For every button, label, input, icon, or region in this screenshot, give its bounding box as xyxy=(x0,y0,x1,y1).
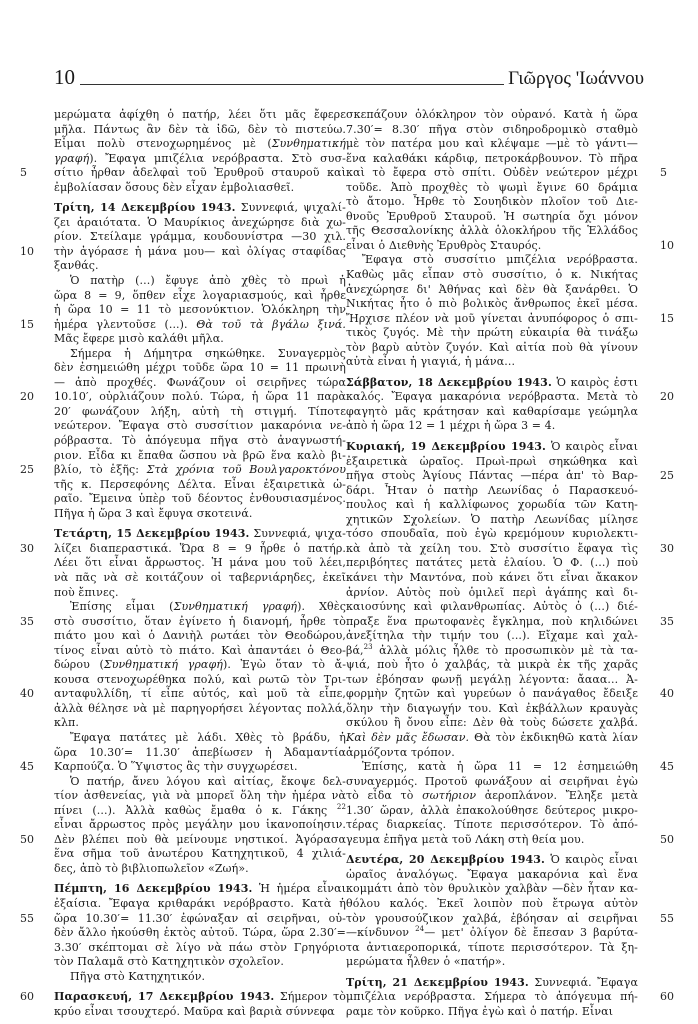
line-number: 45 xyxy=(660,760,674,775)
text-span: φαγητὸ μᾶς κράτησαν καὶ καθαρίσαμε γεώμη… xyxy=(346,405,638,418)
italic-text: γραφή xyxy=(54,152,89,165)
text-line: δάρι. Ἦταν ὁ πατὴρ Λεωνίδας ὁ Παρασκευό- xyxy=(346,484,638,499)
text-line: 10.10′, οὐρλιάζουν πολύ. Τώρα, ἡ ὥρα 11 … xyxy=(54,390,346,405)
text-span: — ἀπὸ προχθές. Φωνάζουν οἱ σειρῆνες τώρα xyxy=(54,376,346,389)
line-number: 40 xyxy=(660,687,674,702)
text-line: ἕνα σῆμα τοῦ ἀνωτέρου Κατηχητικοῦ, 4 χιλ… xyxy=(54,847,346,862)
text-line: Ἔφαγα στὸ συσσίτιο μπιζέλια νερόβραστα. xyxy=(346,253,638,268)
line-number: 25 xyxy=(660,469,674,484)
text-line: —κίνδυνον 24— μετ' ὀλίγον δὲ ἔπεσαν 3 βα… xyxy=(346,926,638,941)
text-line: 1.30′ ὥραν, ἀλλὰ ἐπακολούθησε δεύτερος μ… xyxy=(346,804,638,819)
text-line: ρόβραστα. Τὸ ἀπόγευμα πῆγα στὸ ἀναγνωστή… xyxy=(54,434,346,449)
text-span: κάνει τὴν Μαντόνα, ποὺ κάνει ὅτι εἶναι ἄ… xyxy=(346,571,638,584)
text-line: σίτιο ἦρθαν ἀδελφαὶ τοῦ Ἐρυθροῦ σταυροῦ … xyxy=(54,166,346,181)
text-span: Συννεφιά, ψιχα- xyxy=(249,527,346,540)
text-line: ἐμβολίασαν ὅσους δὲν εἶχαν ἐμβολιασθεῖ. xyxy=(54,181,346,196)
text-span: — μετ' ὀλίγον δὲ ἔπεσαν 3 βαρύτα- xyxy=(424,926,638,939)
page-number: 10 xyxy=(54,67,75,88)
text-span: Καρπούζα. Ὁ Ὕψιστος ἂς τὴν συγχωρέσει. xyxy=(54,760,298,773)
paragraph: Πέμπτη, 16 Δεκεμβρίου 1943. Ἡ ἡμέρα εἶνα… xyxy=(54,882,346,984)
text-span: Συννεφιά. Ἔφαγα xyxy=(529,976,638,989)
text-line: μῆλα. Πάντως ἂν δὲν τὰ ἰδῶ, δὲν τὸ πιστε… xyxy=(54,123,346,138)
text-span: ἀλλὰ μόλις ἦλθε τὸ προσωπικὸν μὲ τὰ τα- xyxy=(373,644,638,657)
paragraph: Δευτέρα, 20 Δεκεμβρίου 1943. Ὁ καιρὸς εἶ… xyxy=(346,853,638,969)
text-span: μερώματα ἦλθεν ὁ «πατήρ». xyxy=(346,955,505,968)
text-span: ἀπὸ ἡ ὥρα 12 = 1 μέχρι ἡ ὥρα 3 = 4. xyxy=(346,419,555,432)
text-line: τίνος εἶναι αὐτὸ τὸ πιάτο. Καὶ ἀπαντάει … xyxy=(54,644,346,659)
text-line: εἶναι ὁ Διεθνὴς Ἐρυθρὸς Σταυρός. xyxy=(346,239,638,254)
text-line: καιοσύνης καὶ φιλανθρωπίας. Αὐτὸς ὁ (...… xyxy=(346,600,638,615)
text-line: τοῦδε. Ἀπὸ προχθὲς τὸ ψωμὶ ἔγινε 60 δράμ… xyxy=(346,181,638,196)
text-span: Μᾶς ἔφερε μισὸ καλάθι μῆλα. xyxy=(54,332,224,345)
line-number: 45 xyxy=(20,760,34,775)
italic-text: σωτήριον xyxy=(422,789,476,802)
line-number: 35 xyxy=(660,615,674,630)
footnote-ref: 23 xyxy=(364,643,373,651)
text-span: Καθὼς μᾶς εἶπαν στὸ συσσίτιο, ὁ κ. Νικήτ… xyxy=(346,268,638,281)
line-number: 5 xyxy=(660,166,667,181)
header-rule xyxy=(80,84,504,85)
line-number: 55 xyxy=(660,912,674,927)
entry-date-heading: Τρίτη, 21 Δεκεμβρίου 1943. xyxy=(346,976,529,989)
entry-date-heading: Δευτέρα, 20 Δεκεμβρίου 1943. xyxy=(346,853,545,866)
text-line: μερώματα ἀφίχθη ὁ πατήρ, λέει ὅτι μᾶς ἔφ… xyxy=(54,108,346,123)
text-line: ὥρα 10.30′= 11.30′ ἐφώναξαν αἱ σειρῆναι,… xyxy=(54,912,346,927)
text-span: ψιά, ποὺ ἦτο ὁ χαλβάς, τὰ μικρὰ ἐκ τῆς χ… xyxy=(346,658,638,671)
text-span: ὡραῖος ἀναλόγως. Ἔφαγα μακαρόνια καὶ ἕνα xyxy=(346,868,638,881)
entry-date-heading: Κυριακή, 19 Δεκεμβρίου 1943. xyxy=(346,440,546,453)
text-line: — ἀπὸ προχθές. Φωνάζουν οἱ σειρῆνες τώρα xyxy=(54,376,346,391)
text-span: Σήμερα ἡ Δήμητρα σηκώθηκε. Συναγερμὸς xyxy=(70,347,346,360)
text-span: 1.30′ ὥραν, ἀλλὰ ἐπακολούθησε δεύτερος μ… xyxy=(346,804,638,817)
entry-date-heading: Σάββατον, 18 Δεκεμβρίου 1943. xyxy=(346,376,552,389)
text-span: βά, xyxy=(346,644,364,657)
text-span: ἀρνίον. Αὐτὸς ποὺ ὁμιλεῖ περὶ ἀγάπης καὶ… xyxy=(346,586,638,599)
text-line: ὡραῖος ἀναλόγως. Ἔφαγα μακαρόνια καὶ ἕνα xyxy=(346,868,638,883)
text-span: Ὁ πατὴρ (...) ἔφυγε ἀπὸ χθὲς τὸ πρωὶ ἡ xyxy=(70,274,346,287)
text-span: σκεπάζουν ὁλόκληρον τὸν οὐρανό. Κατὰ ἡ ὥ… xyxy=(346,108,638,121)
text-span: λίζει διαπεραστικά. Ὥρα 8 = 9 ἦρθε ὁ πατ… xyxy=(54,542,346,555)
text-line: ἐξαιρετικὰ ὡραῖος. Πρωὶ-πρωὶ σηκώθηκα κα… xyxy=(346,455,638,470)
text-line: μερώματα ἦλθεν ὁ «πατήρ». xyxy=(346,955,638,970)
text-span: ἀεροπλάνον. Ἔληξε μετὰ xyxy=(476,789,638,802)
text-line: Ἐπίσης, κατὰ ἡ ὥρα 11 = 12 ἐσημειώθη xyxy=(346,760,638,775)
text-line: καλός. Ἔφαγα μακαρόνια νερόβραστα. Μετὰ … xyxy=(346,390,638,405)
text-line: μπιζέλια νερόβραστα. Σήμερα τὸ ἀπόγευμα … xyxy=(346,990,638,1005)
text-span: Ἤρχισε πλέον νὰ μοῦ γίνεται ἀνυπόφορος ὁ… xyxy=(346,312,638,325)
paragraph: Παρασκευή, 17 Δεκεμβρίου 1943. Σήμερον τ… xyxy=(54,990,346,1019)
text-line: κουσα στενοχωρέθηκα πολύ, καὶ ρωτῶ τὸν Τ… xyxy=(54,673,346,688)
text-span: στὸ συσσίτιο, ὅταν ἐγίνετο ἡ διανομή, ἦρ… xyxy=(54,615,346,628)
line-number: 60 xyxy=(20,990,34,1005)
text-line: 20′ φωνάζουν λήξη, αὐτὴ τὴ στιγμή. Τίποτ… xyxy=(54,405,346,420)
line-number: 50 xyxy=(660,833,674,848)
paragraph: Σάββατον, 18 Δεκεμβρίου 1943. Ὁ καιρὸς ἐ… xyxy=(346,376,638,434)
text-line: Παρασκευή, 17 Δεκεμβρίου 1943. Σήμερον τ… xyxy=(54,990,346,1005)
text-span: μῆλα. Πάντως ἂν δὲν τὰ ἰδῶ, δὲν τὸ πιστε… xyxy=(54,123,346,136)
entry-date-heading: Τετάρτη, 15 Δεκεμβρίου 1943. xyxy=(54,527,249,540)
running-header: 10 Γιῶργος 'Ιωάννου xyxy=(54,62,644,88)
text-line: ραμε τὸν κοῦρκο. Πῆγα ἐγὼ καὶ ὁ πατήρ. Ε… xyxy=(346,1005,638,1020)
text-span: τῆς Θεσσαλονίκης ἀλλὰ ὁλοκλήρου τῆς Ἑλλά… xyxy=(346,224,638,237)
text-span: Δὲν βλέπει ποὺ θὰ μείνουμε νηστικοί. Ἀγό… xyxy=(54,833,346,846)
line-number: 5 xyxy=(20,166,27,181)
text-span: τὸν γρουσούζικον χαλβά, ἐβόησαν αἱ σειρῆ… xyxy=(346,912,638,925)
text-span: ξανθάς. xyxy=(54,259,99,272)
text-line: ἡμέρα γλεντοῦσε (...). Θὰ τοῦ τὰ βγάλω ξ… xyxy=(54,318,346,333)
text-span: εἶναι ὁ Διεθνὴς Ἐρυθρὸς Σταυρός. xyxy=(346,239,541,252)
entry-date-heading: Τρίτη, 14 Δεκεμβρίου 1943. xyxy=(54,201,236,214)
text-line: Εἶμαι πολὺ στενοχωρημένος μὲ (Συνθηματικ… xyxy=(54,137,346,152)
text-span: Ἐπίσης, κατὰ ἡ ὥρα 11 = 12 ἐσημειώθη xyxy=(362,760,638,773)
text-span: ραῖο. Ἔμεινα ὑπὲρ τοῦ δέοντος ἐνθουσιασμ… xyxy=(54,492,346,505)
text-span: μερώματα ἀφίχθη ὁ πατήρ, λέει ὅτι μᾶς ἔφ… xyxy=(54,108,346,121)
text-span: δάρι. Ἦταν ὁ πατὴρ Λεωνίδας ὁ Παρασκευό- xyxy=(346,484,638,497)
text-span: τῆς κ. Περσεφόνης Δέλτα. Εἶναι ἐξαιρετικ… xyxy=(54,478,346,491)
text-line: ἐξαίσια. Ἔφαγα κριθαράκι νερόβραστο. Κατ… xyxy=(54,897,346,912)
text-span: Σήμερον τὸ xyxy=(274,990,346,1003)
line-number: 15 xyxy=(20,318,34,333)
text-span: Ὁ πατήρ, ἄνευ λόγου καὶ αἰτίας, ἔκοψε δε… xyxy=(70,775,346,788)
text-line: τὸν γρουσούζικον χαλβά, ἐβόησαν αἱ σειρῆ… xyxy=(346,912,638,927)
line-number: 30 xyxy=(20,542,34,557)
text-span: —κίνδυνον xyxy=(346,926,415,939)
text-span: Πῆγα ἡ ὥρα 3 καὶ ἔφυγα σκοτεινά. xyxy=(54,507,252,520)
line-number: 20 xyxy=(20,390,34,405)
text-span: καλός. Ἔφαγα μακαρόνια νερόβραστα. Μετὰ … xyxy=(346,390,638,403)
text-line: βά,23 ἀλλὰ μόλις ἦλθε τὸ προσωπικὸν μὲ τ… xyxy=(346,644,638,659)
text-span: Εἶμαι πολὺ στενοχωρημένος μὲ ( xyxy=(54,137,272,150)
text-span: νεώτερον. Ἔφαγα στὸ συσσίτιον μακαρόνια … xyxy=(54,419,346,432)
text-span: τόσο σπουδαῖα, ποὺ ἐγὼ κρεμόμουν κυριολε… xyxy=(346,527,638,540)
text-span: πουλος καὶ ἡ καλλίφωνος χορωδία τῶν Κατη… xyxy=(346,498,638,511)
text-span: τὴν ἀγόρασε ἡ μάνα μου— καὶ ὀλίγας σταφί… xyxy=(54,245,346,258)
paragraph: Τρίτη, 14 Δεκεμβρίου 1943. Συννεφιά, ψιχ… xyxy=(54,201,346,521)
text-line: θόλου καλός. Ἐκεῖ λοιπὸν ποὺ ἔτρωγα αὐτὸ… xyxy=(346,897,638,912)
text-line: τα ἀντιαεροπορικά, τίποτε περισσότερον. … xyxy=(346,941,638,956)
text-span: δὲν ἄλλο ἠκούσθη ἐκτὸς αὐτοῦ. Τώρα, ὥρα … xyxy=(54,926,346,939)
text-span: ἀλλὰ θέλησε νὰ μὲ παρηγορήσει λέγοντας π… xyxy=(54,702,346,715)
text-line: ζει ἀραιότατα. Ὁ Μαυρίκιος ἀνεχώρησε διὰ… xyxy=(54,216,346,231)
text-line: Ἤρχισε πλέον νὰ μοῦ γίνεται ἀνυπόφορος ὁ… xyxy=(346,312,638,327)
text-line: τίον ἀσθενείας, γιὰ νὰ μπορεῖ ὅλη τὴν ἡμ… xyxy=(54,789,346,804)
text-line: ἕνα καλαθάκι κάρδιφ, πετροκάρβουνον. Τὸ … xyxy=(346,152,638,167)
paragraph: Κυριακή, 19 Δεκεμβρίου 1943. Ὁ καιρὸς εἶ… xyxy=(346,440,638,847)
text-span: καὶ τὸ ἔφερα στὸ σπίτι. Οὐδὲν νεώτερον μ… xyxy=(346,166,638,179)
text-span: νὰ πᾶς νὰ σὲ κοιτάζουν οἱ ταβερνιάρηδες,… xyxy=(54,571,346,584)
text-span: 7.30′= 8.30′ πῆγα στὸν σιδηροδρομικὸ στα… xyxy=(346,123,638,136)
text-span: Ἔφαγα πατάτες μὲ λάδι. Χθὲς τὸ βράδυ, ἡ xyxy=(70,731,346,744)
text-line: των ἐβόησαν φωνῇ μεγάλῃ λέγοντα: ἄααα...… xyxy=(346,673,638,688)
text-line: μὲ τὸν πατέρα μου καὶ κλέψαμε —μὲ τὸ γάν… xyxy=(346,137,638,152)
line-number: 15 xyxy=(660,312,674,327)
italic-text: Θὰ τοῦ τὰ βγάλω ξινά. xyxy=(196,318,346,331)
text-span: σίτιο ἦρθαν ἀδελφαὶ τοῦ Ἐρυθροῦ σταυροῦ … xyxy=(54,166,346,179)
text-span: ὥρα 8 = 9, ὅπθεν εἶχε λογαριασμούς, καὶ … xyxy=(54,289,346,302)
text-line: τὸν Παλαμᾶ στὸ Κατηχητικὸν σχολεῖον. xyxy=(54,955,346,970)
line-number: 60 xyxy=(660,990,674,1005)
text-span: ραμε τὸν κοῦρκο. Πῆγα ἐγὼ καὶ ὁ πατήρ. Ε… xyxy=(346,1005,613,1018)
text-span: πίνει (...). Ἀλλὰ καθὼς ἔμαθα ὁ κ. Γάκης xyxy=(54,804,337,817)
text-span: τίον ἀσθενείας, γιὰ νὰ μπορεῖ ὅλη τὴν ἡμ… xyxy=(54,789,346,802)
text-line: κάνει τὴν Μαντόνα, ποὺ κάνει ὅτι εἶναι ἄ… xyxy=(346,571,638,586)
text-line: γευμα ἐπῆγα μετὰ τοῦ Λάκη στὴ θεία μου. xyxy=(346,833,638,848)
text-line: ρίον. Στείλαμε γράμμα, κουδουνίστρα —30 … xyxy=(54,230,346,245)
text-span: Θὰ τὸν ἐκδικηθῶ κατὰ λίαν xyxy=(469,731,638,744)
line-number: 25 xyxy=(20,463,34,478)
text-line: κομμάτι ἀπὸ τὸν θρυλικὸν χαλβὰν —δὲν ἦτα… xyxy=(346,882,638,897)
footnote-ref: 22 xyxy=(337,803,346,811)
text-span: πῆγα στοὺς Ἁγίους Πάντας —πέρα ἀπ' τὸ Βα… xyxy=(346,469,638,482)
text-line: τῆς κ. Περσεφόνης Δέλτα. Εἶναι ἐξαιρετικ… xyxy=(54,478,346,493)
text-line: πῆγα στοὺς Ἁγίους Πάντας —πέρα ἀπ' τὸ Βα… xyxy=(346,469,638,484)
text-line: ἁρμόζοντα τρόπον. xyxy=(346,746,638,761)
text-line: Καθὼς μᾶς εἶπαν στὸ συσσίτιο, ὁ κ. Νικήτ… xyxy=(346,268,638,283)
text-span: ἡμέρα γλεντοῦσε (...). xyxy=(54,318,196,331)
text-line: τὴν ἀγόρασε ἡ μάνα μου— καὶ ὀλίγας σταφί… xyxy=(54,245,346,260)
text-span: βλίο, τὸ ἑξῆς: xyxy=(54,463,147,476)
text-line: ραῖο. Ἔμεινα ὑπὲρ τοῦ δέοντος ἐνθουσιασμ… xyxy=(54,492,346,507)
text-span: μὲ τὸν πατέρα μου καὶ κλέψαμε —μὲ τὸ γάν… xyxy=(346,137,638,150)
text-line: 7.30′= 8.30′ πῆγα στὸν σιδηροδρομικὸ στα… xyxy=(346,123,638,138)
text-line: ὥρα 10.30′= 11.30′ ἀπεβίωσεν ἡ Ἀδαμαντία xyxy=(54,746,346,761)
text-line: Ἐπίσης εἶμαι (Συνθηματική γραφή). Χθὲς xyxy=(54,600,346,615)
line-number: 10 xyxy=(20,245,34,260)
text-span: αὐτὰ εἶναι ἡ γιαγιά, ἡ μάνα... xyxy=(346,355,515,368)
line-number: 20 xyxy=(660,390,674,405)
text-span: ἡ ὥρα 10 = 11 τὸ μεσονύκτιον. Ὁλόκληρη τ… xyxy=(54,303,346,316)
text-span: ὅλην τὴν διαγωγήν του. Καὶ ἐκβάλλων κραυ… xyxy=(346,702,638,715)
text-line: Τρίτη, 14 Δεκεμβρίου 1943. Συννεφιά, ψιχ… xyxy=(54,201,346,216)
text-line: εἶναι ἄρρωστος πρὸς μεγάλην μου ἱκανοποί… xyxy=(54,818,346,833)
text-line: βλίο, τὸ ἑξῆς: Στὰ χρόνια τοῦ Βουλγαροκτ… xyxy=(54,463,346,478)
text-line: Ὁ πατήρ, ἄνευ λόγου καὶ αἰτίας, ἔκοψε δε… xyxy=(54,775,346,790)
text-span: τὸν βαρὺ αὐτὸν ζυγόν. Καὶ αἰτία ποὺ θὰ γ… xyxy=(346,341,638,354)
text-span: Πῆγα στὸ Κατηχητικόν. xyxy=(70,970,205,983)
text-span: ὥρα 10.30′= 11.30′ ἐφώναξαν αἱ σειρῆναι,… xyxy=(54,912,346,925)
text-line: δὲν ἄλλο ἠκούσθη ἐκτὸς αὐτοῦ. Τώρα, ὥρα … xyxy=(54,926,346,941)
text-line: ἡ ὥρα 10 = 11 τὸ μεσονύκτιον. Ὁλόκληρη τ… xyxy=(54,303,346,318)
text-span: ριον. Εἶδα κι ἔπαθα ὥσπου νὰ βρῶ ἕνα καλ… xyxy=(54,449,346,462)
text-span: πραξε ἕνα πρωτοφανὲς ἔγκλημα, ποὺ κηλιδώ… xyxy=(346,615,638,628)
text-span: τὸν Παλαμᾶ στὸ Κατηχητικὸν σχολεῖον. xyxy=(54,955,284,968)
text-span: Ἐπίσης εἶμαι ( xyxy=(70,600,174,613)
text-span: δώρου ( xyxy=(54,658,104,671)
text-span: θνοῦς Ἐρυθροῦ Σταυροῦ. Ἡ σωτηρία ὄχι μόν… xyxy=(346,210,638,223)
text-line: δώρου (Συνθηματική γραφή). Ἐγὼ ὅταν τὸ ἄ… xyxy=(54,658,346,673)
text-span: περιβόητες πατάτες μετὰ ἐλαίου. Ὁ Φ. (..… xyxy=(346,556,638,569)
text-line: Δὲν βλέπει ποὺ θὰ μείνουμε νηστικοί. Ἀγό… xyxy=(54,833,346,848)
text-span: 10.10′, οὐρλιάζουν πολύ. Τώρα, ἡ ὥρα 11 … xyxy=(54,390,346,403)
text-line: πιάτο μου καὶ ὁ Δανιὴλ ρωτάει τὸν Θεοδώρ… xyxy=(54,629,346,644)
text-span: των ἐβόησαν φωνῇ μεγάλῃ λέγοντα: ἄααα...… xyxy=(346,673,638,686)
line-number: 35 xyxy=(20,615,34,630)
text-span: ανταφυλλίδη, τί εἶπε αὐτός, καὶ μοῦ τὰ ε… xyxy=(54,687,346,700)
text-span: κὰ ἀπὸ τὰ χείλη του. Στὸ συσσίτιο ἔφαγα … xyxy=(346,542,638,555)
text-line: γραφή). Ἔφαγα μπιζέλια νερόβραστα. Στὸ σ… xyxy=(54,152,346,167)
text-line: Δευτέρα, 20 Δεκεμβρίου 1943. Ὁ καιρὸς εἶ… xyxy=(346,853,638,868)
text-span: τίνος εἶναι αὐτὸ τὸ πιάτο. Καὶ ἀπαντάει … xyxy=(54,644,346,657)
text-span: πιάτο μου καὶ ὁ Δανιὴλ ρωτάει τὸν Θεοδώρ… xyxy=(54,629,346,642)
line-number: 40 xyxy=(20,687,34,702)
text-line: Καὶ δὲν μᾶς ἔδωσαν. Θὰ τὸν ἐκδικηθῶ κατὰ… xyxy=(346,731,638,746)
text-line: κὰ ἀπὸ τὰ χείλη του. Στὸ συσσίτιο ἔφαγα … xyxy=(346,542,638,557)
text-span: Λέει ὅτι εἶναι ἄρρωστος. Ἡ μάνα μου τοῦ … xyxy=(54,556,346,569)
text-line: φορμὴν ζητῶν καὶ γυρεύων ὁ πανάγαθος ἔδε… xyxy=(346,687,638,702)
text-span: Ἡ ἡμέρα εἶναι xyxy=(252,882,346,895)
text-span: μπιζέλια νερόβραστα. Σήμερα τὸ ἀπόγευμα … xyxy=(346,990,638,1003)
text-line: τικὸς ζυγός. Μὲ τὴν πρώτη εὐκαιρία θὰ τι… xyxy=(346,326,638,341)
text-line: νεώτερον. Ἔφαγα στὸ συσσίτιον μακαρόνια … xyxy=(54,419,346,434)
text-line: Κυριακή, 19 Δεκεμβρίου 1943. Ὁ καιρὸς εἶ… xyxy=(346,440,638,455)
text-span: ἀνεξίτηλα τὴν τιμήν του (...). Εἴχαμε κα… xyxy=(346,629,638,642)
text-line: τῆς Θεσσαλονίκης ἀλλὰ ὁλοκλήρου τῆς Ἑλλά… xyxy=(346,224,638,239)
text-line: ὅλην τὴν διαγωγήν του. Καὶ ἐκβάλλων κραυ… xyxy=(346,702,638,717)
text-span: συναγερμός. Προτοῦ φωνάξουν αἱ σειρῆναι … xyxy=(346,775,638,788)
text-line: Καρπούζα. Ὁ Ὕψιστος ἂς τὴν συγχωρέσει. xyxy=(54,760,346,775)
text-line: ψιά, ποὺ ἦτο ὁ χαλβάς, τὰ μικρὰ ἐκ τῆς χ… xyxy=(346,658,638,673)
left-column: μερώματα ἀφίχθη ὁ πατήρ, λέει ὅτι μᾶς ἔφ… xyxy=(54,108,346,1019)
text-line: καὶ τὸ ἔφερα στὸ σπίτι. Οὐδὲν νεώτερον μ… xyxy=(346,166,638,181)
text-line: πουλος καὶ ἡ καλλίφωνος χορωδία τῶν Κατη… xyxy=(346,498,638,513)
text-line: ὥρα 8 = 9, ὅπθεν εἶχε λογαριασμούς, καὶ … xyxy=(54,289,346,304)
text-line: τὸ εἶδα τὸ σωτήριον ἀεροπλάνον. Ἔληξε με… xyxy=(346,789,638,804)
text-line: ἀπὸ ἡ ὥρα 12 = 1 μέχρι ἡ ὥρα 3 = 4. xyxy=(346,419,638,434)
text-line: στὸ συσσίτιο, ὅταν ἐγίνετο ἡ διανομή, ἦρ… xyxy=(54,615,346,630)
entry-date-heading: Πέμπτη, 16 Δεκεμβρίου 1943. xyxy=(54,882,252,895)
text-span: ποὺ ἔπινες. xyxy=(54,586,119,599)
text-span: Νικήτας ἦτο ὁ πιὸ βολικὸς ἄνθρωπος ἐκεῖ … xyxy=(346,297,638,310)
text-span: φορμὴν ζητῶν καὶ γυρεύων ὁ πανάγαθος ἔδε… xyxy=(346,687,638,700)
text-span: Ἔφαγα στὸ συσσίτιο μπιζέλια νερόβραστα. xyxy=(362,253,638,266)
text-line: σκεπάζουν ὁλόκληρον τὸν οὐρανό. Κατὰ ἡ ὥ… xyxy=(346,108,638,123)
text-span: ). Ἔφαγα μπιζέλια νερόβραστα. Στὸ συσ- xyxy=(89,152,346,165)
text-span: 20′ φωνάζουν λήξη, αὐτὴ τὴ στιγμή. Τίποτ… xyxy=(54,405,346,418)
text-span: τὸ εἶδα τὸ xyxy=(346,789,422,802)
text-span: τα ἀντιαεροπορικά, τίποτε περισσότερον. … xyxy=(346,941,638,954)
text-span: ὥρα 10.30′= 11.30′ ἀπεβίωσεν ἡ Ἀδαμαντία xyxy=(54,746,346,759)
italic-text: Συνθηματική γραφή xyxy=(104,658,223,671)
text-line: δες, ἀπὸ τὸ βιβλιοπωλεῖον «Ζωή». xyxy=(54,862,346,877)
text-span: τικὸς ζυγός. Μὲ τὴν πρώτη εὐκαιρία θὰ τι… xyxy=(346,326,638,339)
text-span: ἐμβολίασαν ὅσους δὲν εἶχαν ἐμβολιασθεῖ. xyxy=(54,181,294,194)
text-span: ). Ἐγὼ ὅταν τὸ ἄ- xyxy=(223,658,346,671)
text-span: δες, ἀπὸ τὸ βιβλιοπωλεῖον «Ζωή». xyxy=(54,862,249,875)
text-span: ρίον. Στείλαμε γράμμα, κουδουνίστρα —30 … xyxy=(54,230,346,243)
text-span: τὸ ἄτομο. Ἦρθε τὸ Σουηδικὸν πλοῖον τοῦ Δ… xyxy=(346,195,638,208)
text-line: Πῆγα στὸ Κατηχητικόν. xyxy=(54,970,346,985)
text-span: Ὁ καιρὸς ἐστι xyxy=(552,376,638,389)
text-line: περιβόητες πατάτες μετὰ ἐλαίου. Ὁ Φ. (..… xyxy=(346,556,638,571)
text-line: σκύλου ἢ ὄνου εἶπε: Δὲν θὰ τοὺς δώσετε χ… xyxy=(346,716,638,731)
text-line: Πέμπτη, 16 Δεκεμβρίου 1943. Ἡ ἡμέρα εἶνα… xyxy=(54,882,346,897)
italic-text: Συνθηματική xyxy=(272,137,346,150)
text-span: γευμα ἐπῆγα μετὰ τοῦ Λάκη στὴ θεία μου. xyxy=(346,833,584,846)
text-line: ανταφυλλίδη, τί εἶπε αὐτός, καὶ μοῦ τὰ ε… xyxy=(54,687,346,702)
text-line: φαγητὸ μᾶς κράτησαν καὶ καθαρίσαμε γεώμη… xyxy=(346,405,638,420)
text-span: σκύλου ἢ ὄνου εἶπε: Δὲν θὰ τοὺς δώσετε χ… xyxy=(346,716,638,729)
text-line: Μᾶς ἔφερε μισὸ καλάθι μῆλα. xyxy=(54,332,346,347)
text-line: Ἔφαγα πατάτες μὲ λάδι. Χθὲς τὸ βράδυ, ἡ xyxy=(54,731,346,746)
text-line: Σάββατον, 18 Δεκεμβρίου 1943. Ὁ καιρὸς ἐ… xyxy=(346,376,638,391)
text-line: συναγερμός. Προτοῦ φωνάξουν αἱ σειρῆναι … xyxy=(346,775,638,790)
paragraph: σκεπάζουν ὁλόκληρον τὸν οὐρανό. Κατὰ ἡ ὥ… xyxy=(346,108,638,370)
line-number: 10 xyxy=(660,239,674,254)
text-line: τόσο σπουδαῖα, ποὺ ἐγὼ κρεμόμουν κυριολε… xyxy=(346,527,638,542)
text-line: λίζει διαπεραστικά. Ὥρα 8 = 9 ἦρθε ὁ πατ… xyxy=(54,542,346,557)
line-number: 55 xyxy=(20,912,34,927)
footnote-ref: 24 xyxy=(415,925,424,933)
text-line: πραξε ἕνα πρωτοφανὲς ἔγκλημα, ποὺ κηλιδώ… xyxy=(346,615,638,630)
text-line: ποὺ ἔπινες. xyxy=(54,586,346,601)
text-span: ἕνα σῆμα τοῦ ἀνωτέρου Κατηχητικοῦ, 4 χιλ… xyxy=(54,847,346,860)
right-column: σκεπάζουν ὁλόκληρον τὸν οὐρανό. Κατὰ ἡ ὥ… xyxy=(346,108,638,1019)
italic-text: Συνθηματική γραφή xyxy=(174,600,298,613)
text-line: ξανθάς. xyxy=(54,259,346,274)
text-span: χητικῶν Σχολείων. Ὁ πατὴρ Λεωνίδας μίλησ… xyxy=(346,513,638,526)
text-line: νὰ πᾶς νὰ σὲ κοιτάζουν οἱ ταβερνιάρηδες,… xyxy=(54,571,346,586)
text-line: δὲν ἐσημειώθη μέχρι τοῦδε ὥρα 10 = 11 πρ… xyxy=(54,361,346,376)
text-span: καιοσύνης καὶ φιλανθρωπίας. Αὐτὸς ὁ (...… xyxy=(346,600,638,613)
text-span: Ὁ καιρὸς εἶναι xyxy=(545,853,638,866)
paragraph: Τρίτη, 21 Δεκεμβρίου 1943. Συννεφιά. Ἔφα… xyxy=(346,976,638,1020)
text-span: ἀνεχώρησε δι' Ἀθήνας καὶ δὲν θὰ ξανάρθει… xyxy=(346,283,638,296)
text-span: τοῦδε. Ἀπὸ προχθὲς τὸ ψωμὶ ἔγινε 60 δράμ… xyxy=(346,181,638,194)
italic-text: Καὶ δὲν μᾶς ἔδωσαν. xyxy=(346,731,469,744)
running-title-author: Γιῶργος 'Ιωάννου xyxy=(508,69,644,88)
text-line: θνοῦς Ἐρυθροῦ Σταυροῦ. Ἡ σωτηρία ὄχι μόν… xyxy=(346,210,638,225)
text-line: Λέει ὅτι εἶναι ἄρρωστος. Ἡ μάνα μου τοῦ … xyxy=(54,556,346,571)
text-line: Πῆγα ἡ ὥρα 3 καὶ ἔφυγα σκοτεινά. xyxy=(54,507,346,522)
paragraph: Τετάρτη, 15 Δεκεμβρίου 1943. Συννεφιά, ψ… xyxy=(54,527,346,876)
text-span: κλπ. xyxy=(54,716,79,729)
text-line: αὐτὰ εἶναι ἡ γιαγιά, ἡ μάνα... xyxy=(346,355,638,370)
text-span: ἕνα καλαθάκι κάρδιφ, πετροκάρβουνον. Τὸ … xyxy=(346,152,638,165)
text-line: Σήμερα ἡ Δήμητρα σηκώθηκε. Συναγερμὸς xyxy=(54,347,346,362)
text-line: ἀρνίον. Αὐτὸς ποὺ ὁμιλεῖ περὶ ἀγάπης καὶ… xyxy=(346,586,638,601)
text-line: 3.30′ σκέπτομαι σὲ λίγο νὰ πάω στὸν Γρηγ… xyxy=(54,941,346,956)
text-line: χητικῶν Σχολείων. Ὁ πατὴρ Λεωνίδας μίλησ… xyxy=(346,513,638,528)
text-span: δὲν ἐσημειώθη μέχρι τοῦδε ὥρα 10 = 11 πρ… xyxy=(54,361,346,374)
paragraph: μερώματα ἀφίχθη ὁ πατήρ, λέει ὅτι μᾶς ἔφ… xyxy=(54,108,346,195)
text-span: κουσα στενοχωρέθηκα πολύ, καὶ ρωτῶ τὸν Τ… xyxy=(54,673,346,686)
text-line: κρύο εἶναι τσουχτερό. Μαῦρα καὶ βαριὰ σύ… xyxy=(54,1005,346,1020)
text-line: ἀνεξίτηλα τὴν τιμήν του (...). Εἴχαμε κα… xyxy=(346,629,638,644)
text-span: 3.30′ σκέπτομαι σὲ λίγο νὰ πάω στὸν Γρηγ… xyxy=(54,941,346,954)
text-line: τὸν βαρὺ αὐτὸν ζυγόν. Καὶ αἰτία ποὺ θὰ γ… xyxy=(346,341,638,356)
italic-text: Στὰ χρόνια τοῦ Βουλγαροκτόνου xyxy=(147,463,346,476)
text-span: Συννεφιά, ψιχαλί- xyxy=(236,201,346,214)
text-line: τὸ ἄτομο. Ἦρθε τὸ Σουηδικὸν πλοῖον τοῦ Δ… xyxy=(346,195,638,210)
text-span: ἐξαιρετικὰ ὡραῖος. Πρωὶ-πρωὶ σηκώθηκα κα… xyxy=(346,455,638,468)
text-span: θόλου καλός. Ἐκεῖ λοιπὸν ποὺ ἔτρωγα αὐτὸ… xyxy=(346,897,638,910)
text-line: ἀλλὰ θέλησε νὰ μὲ παρηγορήσει λέγοντας π… xyxy=(54,702,346,717)
text-line: τέρας διαρκείας. Τίποτε περισσότερον. Τὸ… xyxy=(346,818,638,833)
text-span: Ὁ καιρὸς εἶναι xyxy=(546,440,638,453)
text-span: ἁρμόζοντα τρόπον. xyxy=(346,746,455,759)
text-line: κλπ. xyxy=(54,716,346,731)
text-line: ριον. Εἶδα κι ἔπαθα ὥσπου νὰ βρῶ ἕνα καλ… xyxy=(54,449,346,464)
text-span: ). Χθὲς xyxy=(297,600,346,613)
entry-date-heading: Παρασκευή, 17 Δεκεμβρίου 1943. xyxy=(54,990,274,1003)
text-span: τέρας διαρκείας. Τίποτε περισσότερον. Τὸ… xyxy=(346,818,638,831)
text-span: ζει ἀραιότατα. Ὁ Μαυρίκιος ἀνεχώρησε διὰ… xyxy=(54,216,346,229)
text-span: ρόβραστα. Τὸ ἀπόγευμα πῆγα στὸ ἀναγνωστή… xyxy=(54,434,346,447)
text-span: εἶναι ἄρρωστος πρὸς μεγάλην μου ἱκανοποί… xyxy=(54,818,346,831)
text-line: Τρίτη, 21 Δεκεμβρίου 1943. Συννεφιά. Ἔφα… xyxy=(346,976,638,991)
text-span: κομμάτι ἀπὸ τὸν θρυλικὸν χαλβὰν —δὲν ἦτα… xyxy=(346,882,638,895)
text-line: Νικήτας ἦτο ὁ πιὸ βολικὸς ἄνθρωπος ἐκεῖ … xyxy=(346,297,638,312)
